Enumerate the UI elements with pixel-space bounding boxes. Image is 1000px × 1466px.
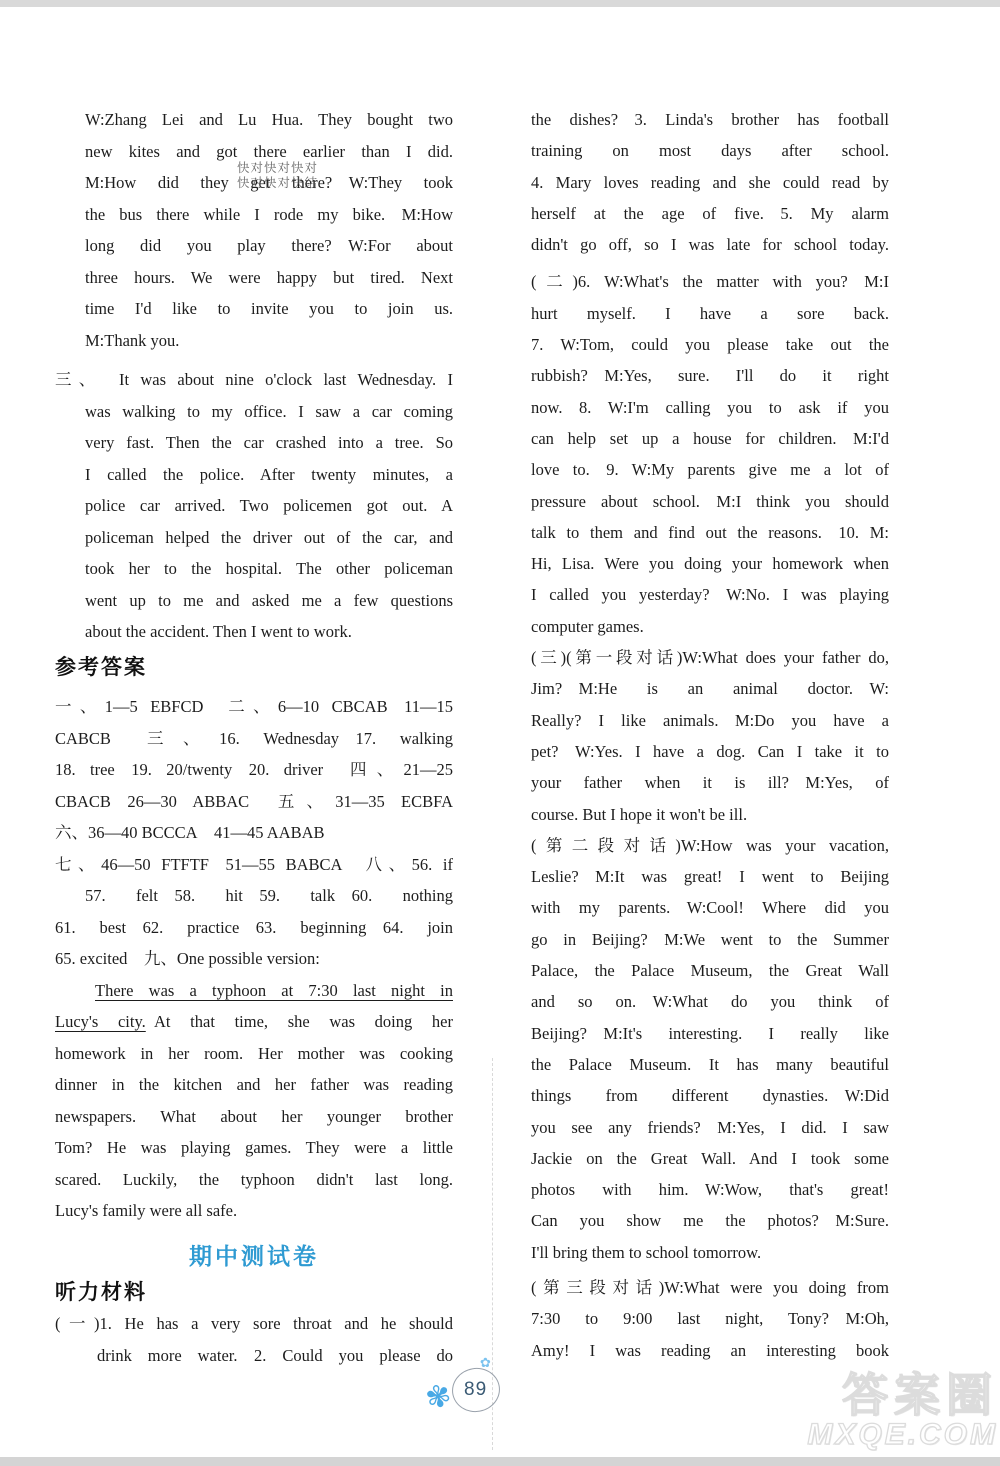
text-line: 一、1—5 EBFCD 二、6—10 CBCAB 11—15 [55,691,453,723]
text-line: pressure about school. M:I think you sho… [506,486,889,517]
text-line: (第二段对话)W:How was your vacation, [506,830,889,861]
midterm-test-title: 期中测试卷 [55,1239,453,1273]
text-line: herself at the age of five. 5. My alarm [506,198,889,229]
text-line: long did you play there? W:For about [55,230,453,262]
text-line: There was a typhoon at 7:30 last night i… [55,975,453,1007]
text-line: (三)(第一段对话)W:What does your father do, [506,642,889,673]
site-watermark-url: MXQE.COM [807,1420,998,1450]
text-line: Really? I like animals. M:Do you have a [506,705,889,736]
text-line: Lucy's family were all safe. [55,1195,453,1227]
flower-icon: ✾ [422,1377,455,1417]
text-line: went up to me and asked me a few questio… [55,585,453,617]
text-line: (第三段对话)W:What were you doing from [506,1272,889,1303]
text-line: training on most days after school. [506,135,889,166]
text-line: didn't go off, so I was late for school … [506,229,889,260]
left-text-column: W:Zhang Lei and Lu Hua. They bought twon… [55,104,453,1371]
text-line: policeman helped the driver out of the c… [55,522,453,554]
text-line: go in Beijing? M:We went to the Summer [506,924,889,955]
text-line: things from different dynasties. W:Did [506,1080,889,1111]
text-line: love to. 9. W:My parents give me a lot o… [506,454,889,485]
text-line: with my parents. W:Cool! Where did you [506,892,889,923]
text-line: Amy! I was reading an interesting book [506,1335,889,1366]
page-bottom-edge [0,1457,1000,1466]
text-line: the Palace Museum. It has many beautiful [506,1049,889,1080]
text-line: took her to the hospital. The other poli… [55,553,453,585]
listening-material-heading: 听力材料 [55,1277,453,1309]
text-line: dinner in the kitchen and her father was… [55,1069,453,1101]
text-line: about the accident. Then I went to work. [55,616,453,648]
text-line: I called the police. After twenty minute… [55,459,453,491]
text-line: 7. W:Tom, could you please take out the [506,329,889,360]
inline-watermark: 快对快对快对 快对快对快结 [237,161,318,191]
underlined-text: Lucy's city. [55,1012,146,1031]
text-line: rubbish? M:Yes, sure. I'll do it right [506,360,889,391]
text-line: your father when it is ill? M:Yes, of [506,767,889,798]
text-line: course. But I hope it won't be ill. [506,799,889,830]
text-line: W:Zhang Lei and Lu Hua. They bought two [55,104,453,136]
right-text-column: the dishes? 3. Linda's brother has footb… [506,104,889,1366]
text-line: Tom? He was playing games. They were a l… [55,1132,453,1164]
text-line: newspapers. What about her younger broth… [55,1101,453,1133]
text-line: 七、46—50 FTFTF 51—55 BABCA 八、56. if [55,849,453,881]
text-line: I'll bring them to school tomorrow. [506,1237,889,1268]
text-line: scared. Luckily, the typhoon didn't last… [55,1164,453,1196]
text-line: three hours. We were happy but tired. Ne… [55,262,453,294]
inline-watermark-line2: 快对快对快结 [237,176,318,191]
answers-heading: 参考答案 [55,652,453,684]
text-line: CBACB 26—30 ABBAC 五、31—35 ECBFA [55,786,453,818]
text-line: 4. Mary loves reading and she could read… [506,167,889,198]
text-line: 7:30 to 9:00 last night, Tony? M:Oh, [506,1303,889,1334]
scanned-answer-page: { "meta": { "page_number": "89" }, "wate… [0,0,1000,1466]
text-line: Jackie on the Great Wall. And I took som… [506,1143,889,1174]
text-line: homework in her room. Her mother was coo… [55,1038,453,1070]
text-line: you see any friends? M:Yes, I did. I saw [506,1112,889,1143]
text-line: (二)6. W:What's the matter with you? M:I [506,266,889,297]
text-line: police car arrived. Two policemen got ou… [55,490,453,522]
site-watermark: 答案圈 MXQE.COM [807,1372,998,1450]
text-line: Beijing? M:It's interesting. I really li… [506,1018,889,1049]
text-line: 65. excited 九、One possible version: [55,943,453,975]
text-line: M:Thank you. [55,325,453,357]
text-line: hurt myself. I have a sore back. [506,298,889,329]
text-line: 六、36—40 BCCCA 41—45 AABAB [55,817,453,849]
plain-text: At that time, she was doing her [146,1012,453,1031]
text-line: (一)1. He has a very sore throat and he s… [55,1308,453,1340]
text-line: I called you yesterday? W:No. I was play… [506,579,889,610]
site-watermark-name: 答案圈 [807,1372,998,1418]
text-line: Can you show me the photos? M:Sure. [506,1205,889,1236]
text-line: Jim? M:He is an animal doctor. W: [506,673,889,704]
underlined-text: There was a typhoon at 7:30 last night i… [95,981,453,1000]
text-line: very fast. Then the car crashed into a t… [55,427,453,459]
page-top-edge [0,0,1000,7]
text-line: 57. felt 58. hit 59. talk 60. nothing [55,880,453,912]
text-line: can help set up a house for children. M:… [506,423,889,454]
text-line: talk to them and find out the reasons. 1… [506,517,889,548]
text-line: Palace, the Palace Museum, the Great Wal… [506,955,889,986]
text-line: Hi, Lisa. Were you doing your homework w… [506,548,889,579]
text-line: Leslie? M:It was great! I went to Beijin… [506,861,889,892]
text-line: now. 8. W:I'm calling you to ask if you [506,392,889,423]
text-line: the bus there while I rode my bike. M:Ho… [55,199,453,231]
text-line: was walking to my office. I saw a car co… [55,396,453,428]
text-line: pet? W:Yes. I have a dog. Can I take it … [506,736,889,767]
text-line: and so on. W:What do you think of [506,986,889,1017]
text-line: CABCB 三、16. Wednesday 17. walking [55,723,453,755]
text-line: drink more water. 2. Could you please do [55,1340,453,1372]
text-line: computer games. [506,611,889,642]
text-line: time I'd like to invite you to join us. [55,293,453,325]
page-number: 89 [464,1379,487,1401]
page-number-badge: ✾ ✿ 89 [424,1360,514,1422]
text-line: photos with him. W:Wow, that's great! [506,1174,889,1205]
inline-watermark-line1: 快对快对快对 [237,161,318,176]
text-line: the dishes? 3. Linda's brother has footb… [506,104,889,135]
text-line: 61. best 62. practice 63. beginning 64. … [55,912,453,944]
text-line: 三、 It was about nine o'clock last Wednes… [55,364,453,396]
page-number-circle: 89 [449,1364,504,1416]
text-line: 18. tree 19. 20/twenty 20. driver 四、21—2… [55,754,453,786]
text-line: Lucy's city. At that time, she was doing… [55,1006,453,1038]
